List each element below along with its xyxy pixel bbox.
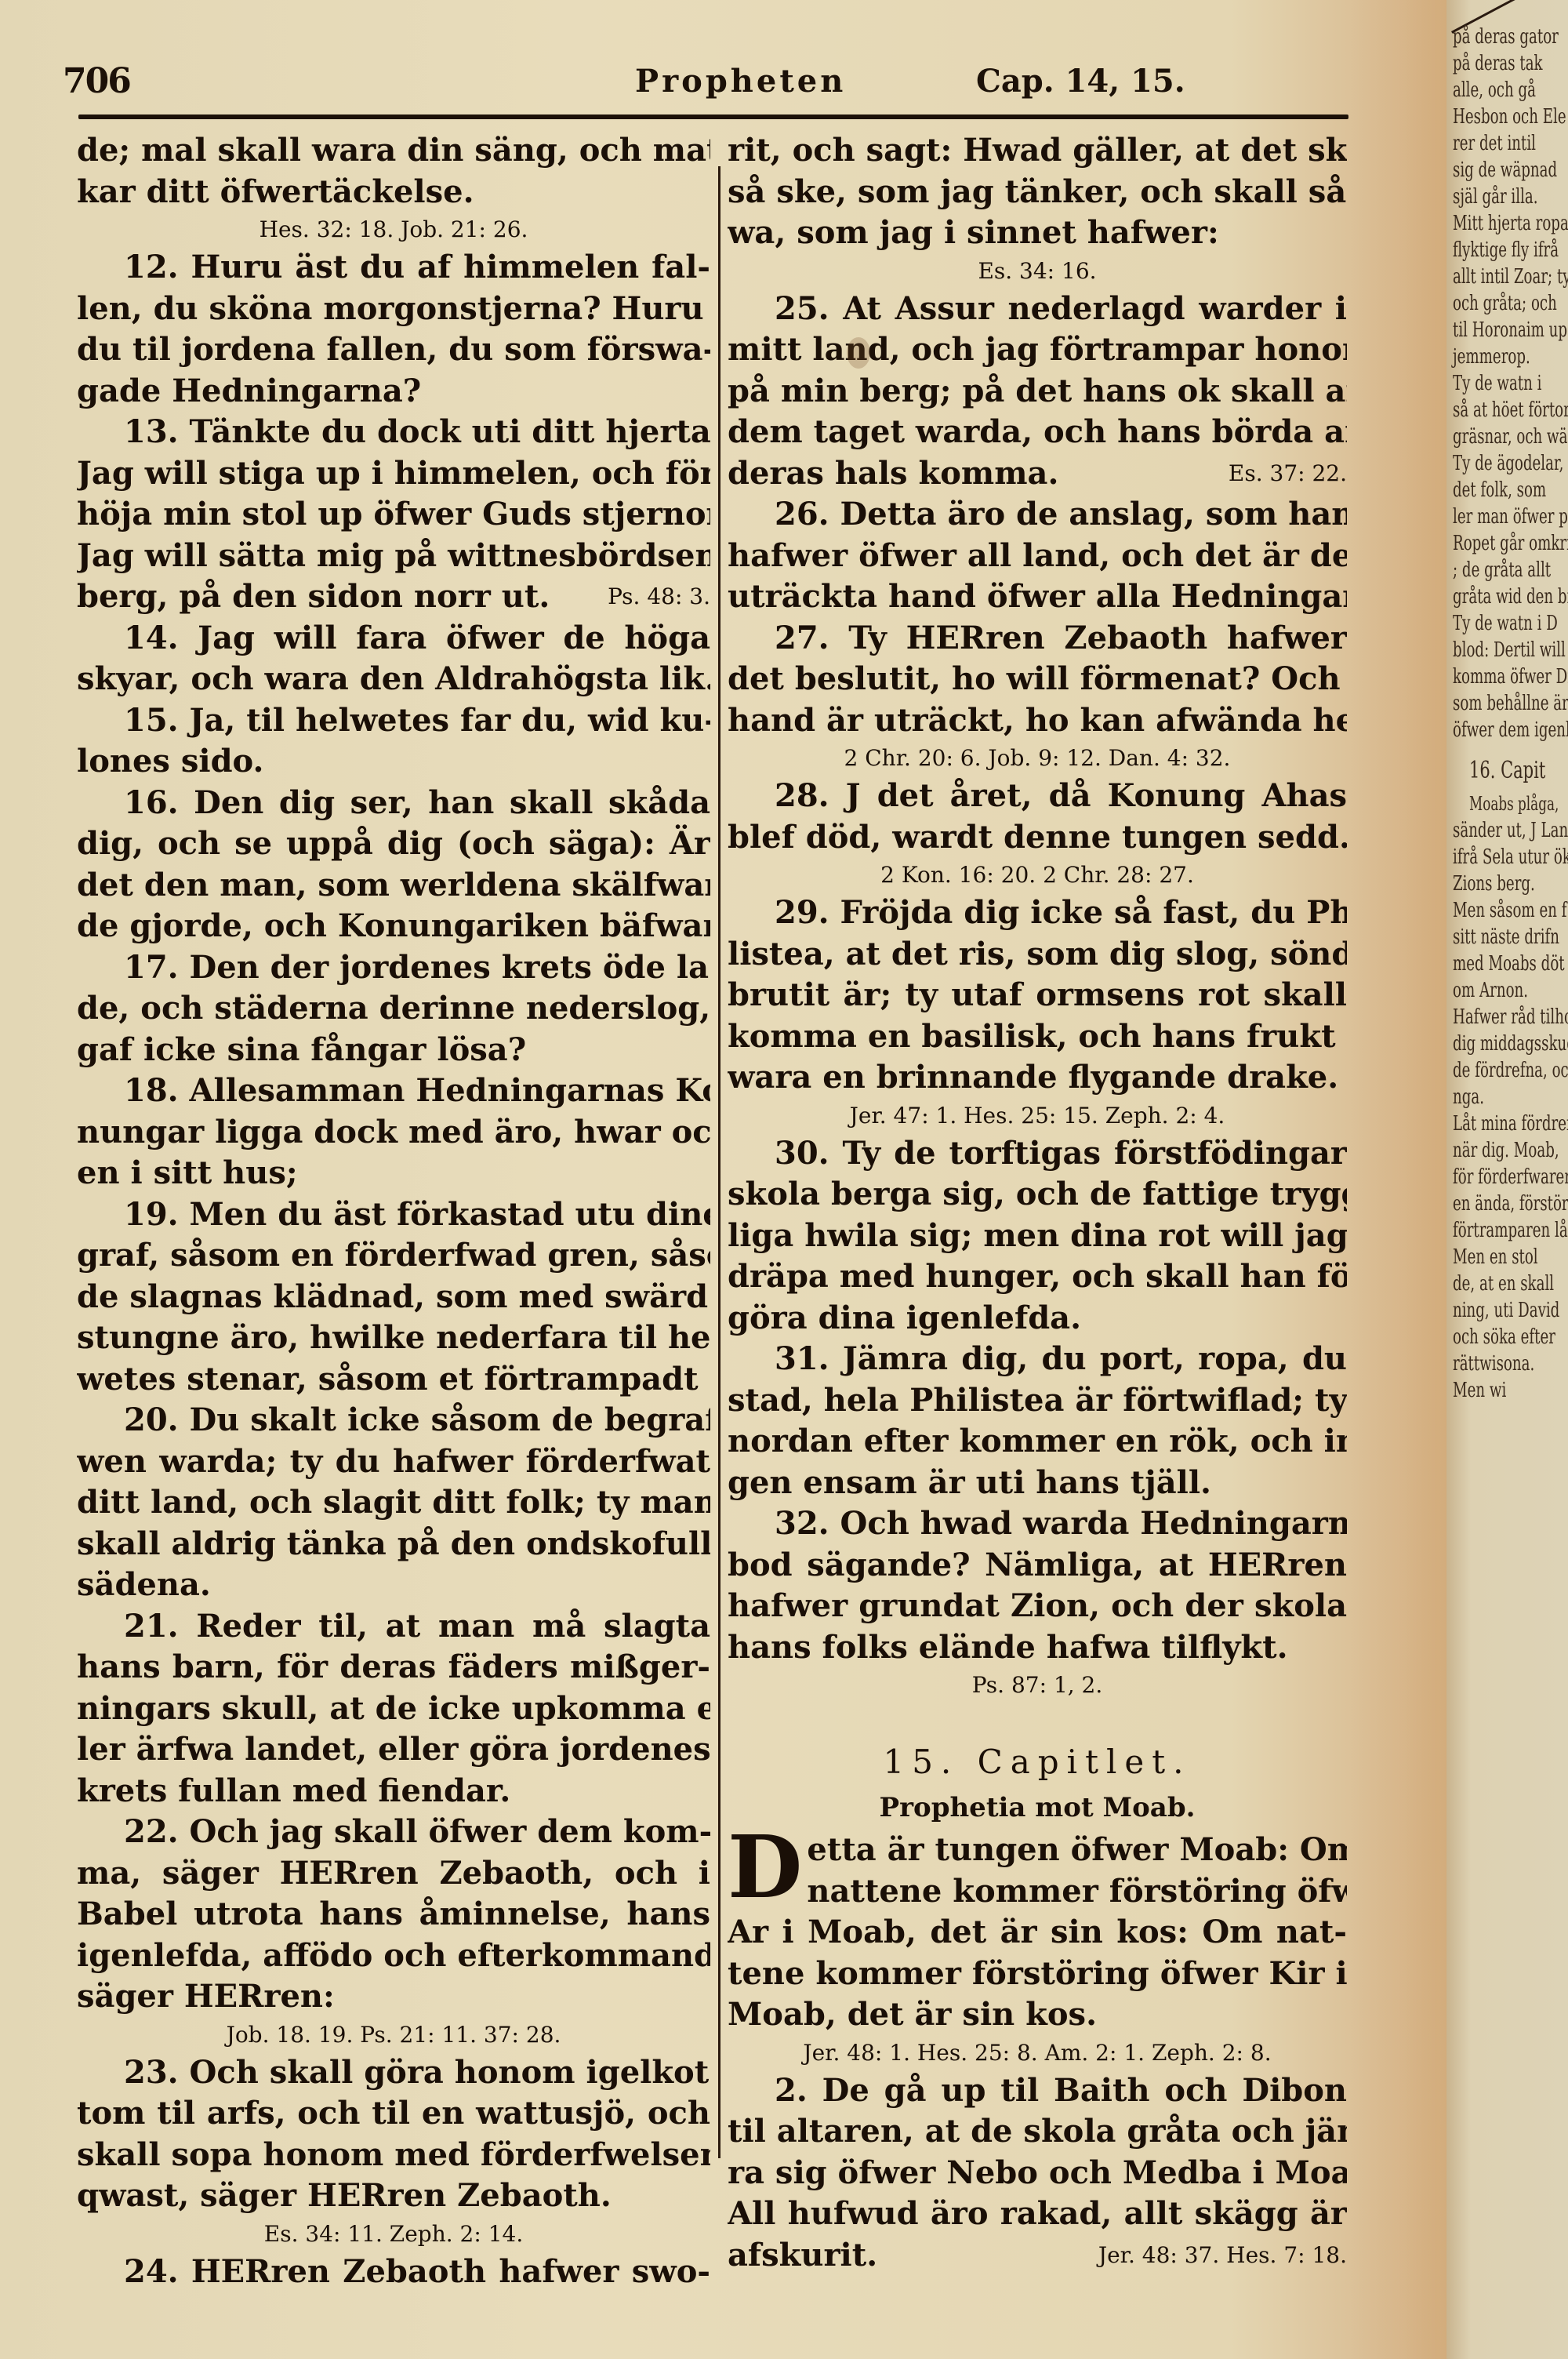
adjacent-text-line: med Moabs döt (1453, 951, 1552, 977)
adjacent-text-line: och gråta; och (1453, 290, 1552, 317)
text-line: mitt land, och jag förtrampar honom (728, 329, 1347, 371)
line-text: de gjorde, och Konungariken bäfwande: (77, 907, 710, 944)
verse-start-line: 22. Och jag skall öfwer dem kom- (77, 1812, 710, 1853)
line-text: skola berga sig, och de fattige trygge- (728, 1176, 1347, 1212)
verse-start-line: 2. De gå up til Baith och Dibon (728, 2070, 1347, 2112)
line-text: 27. Ty HERren Zebaoth hafwer (775, 620, 1347, 656)
line-text: ra sig öfwer Nebo och Medba i Moab: (728, 2154, 1347, 2191)
line-text: mitt land, och jag förtrampar honom (728, 331, 1347, 368)
text-line: graf, såsom en förderfwad gren, såsom (77, 1235, 710, 1277)
line-text: hand är uträckt, ho kan afwända henne? (728, 702, 1347, 739)
adjacent-text-line: förtramparen låt (1453, 1217, 1552, 1244)
line-text: blef död, wardt denne tungen sedd. (728, 819, 1347, 856)
adjacent-text-line: Men såsom en f (1453, 897, 1552, 924)
line-text: stad, hela Philistea är förtwiflad; ty (728, 1382, 1347, 1419)
line-text: Jer. 47: 1. Hes. 25: 15. Zeph. 2: 4. (850, 1103, 1225, 1129)
text-line: uträckta hand öfwer alla Hedningar. (728, 576, 1347, 618)
line-text: så ske, som jag tänker, och skall så bli… (728, 173, 1347, 210)
line-text: nordan efter kommer en rök, och in- (728, 1423, 1347, 1459)
text-line: dem taget warda, och hans börda af (728, 412, 1347, 453)
line-text: hans folks elände hafwa tilflykt. (728, 1629, 1288, 1666)
line-text: berg, på den sidon norr ut. (77, 578, 550, 615)
verse-start-line: 21. Reder til, at man må slagta (77, 1606, 710, 1648)
text-line: komma en basilisk, och hans frukt skall (728, 1016, 1347, 1058)
line-text: gade Hedningarna? (77, 373, 421, 409)
line-text: deras hals komma. (728, 455, 1058, 492)
cross-reference: Es. 34: 16. (728, 254, 1347, 289)
verse-start-line: 26. Detta äro de anslag, som han (728, 494, 1347, 536)
text-line: rit, och sagt: Hwad gäller, at det skall (728, 130, 1347, 172)
adjacent-text-line: ; de gråta allt (1453, 557, 1552, 583)
line-text: gaf icke sina fångar lösa? (77, 1031, 526, 1068)
line-text: Es. 34: 11. Zeph. 2: 14. (264, 2221, 523, 2247)
line-text: 28. J det året, då Konung Ahas (775, 777, 1347, 814)
text-line: de slagnas klädnad, som med swärd ihjäl- (77, 1277, 710, 1318)
cross-reference: Ps. 48: 3. (608, 576, 710, 618)
adjacent-text-line: när dig. Moab, (1453, 1137, 1552, 1164)
cross-reference: Jer. 48: 1. Hes. 25: 8. Am. 2: 1. Zeph. … (728, 2036, 1347, 2070)
cross-reference: Jer. 48: 37. Hes. 7: 18. (1098, 2235, 1347, 2277)
verse-start-line: 14. Jag will fara öfwer de höga (77, 618, 710, 660)
text-line: til altaren, at de skola gråta och jäm- (728, 2111, 1347, 2153)
verse-start-line: 32. Och hwad warda Hedningarnas (728, 1503, 1347, 1545)
page-edge-stain (1348, 0, 1446, 2359)
adjacent-text-line: nga. (1453, 1084, 1552, 1110)
line-text: 2. De gå up til Baith och Dibon (775, 2072, 1347, 2109)
line-text: Ps. 87: 1, 2. (972, 1672, 1103, 1698)
text-line: igenlefda, affödo och efterkommande, (77, 1936, 710, 1977)
adjacent-text-line: til Horonaim up (1453, 317, 1552, 343)
line-text: ma, säger HERren Zebaoth, och i (77, 1855, 710, 1892)
verse-start-line: 20. Du skalt icke såsom de begraf- (77, 1400, 710, 1441)
text-line: etta är tungen öfwer Moab: Om (807, 1830, 1347, 1871)
adjacent-text-line: dig middagsskuggan (1453, 1030, 1552, 1057)
text-line: säger HERren: (77, 1976, 710, 2018)
text-line: du til jordena fallen, du som förswa- (77, 329, 710, 371)
adjacent-text-line: en ända, förstöra (1453, 1190, 1552, 1217)
line-text: hafwer grundat Zion, och der skola (728, 1587, 1347, 1624)
text-line: tom til arfs, och til en wattusjö, och (77, 2093, 710, 2135)
line-text: 23. Och skall göra honom igelkot- (124, 2054, 710, 2091)
verse-start-line: 25. At Assur nederlagd warder i (728, 289, 1347, 330)
line-text: 13. Tänkte du dock uti ditt hjerta: (124, 413, 710, 450)
line-text: 24. HERren Zebaoth hafwer swo- (124, 2253, 710, 2290)
text-line: hafwer grundat Zion, och der skola (728, 1586, 1347, 1627)
line-text: 32. Och hwad warda Hedningarnas (775, 1505, 1347, 1542)
line-text: skyar, och wara den Aldrahögsta lik. (77, 660, 710, 697)
verse-start-line: 29. Fröjda dig icke så fast, du Phi- (728, 892, 1347, 934)
text-line: hafwer öfwer all land, och det är den (728, 536, 1347, 577)
text-line: sädena. (77, 1565, 710, 1606)
text-line: skola berga sig, och de fattige trygge- (728, 1174, 1347, 1216)
line-text: 31. Jämra dig, du port, ropa, du (775, 1340, 1347, 1377)
text-line: Jag will sätta mig på wittnesbördsens (77, 536, 710, 577)
text-line: så ske, som jag tänker, och skall så bli… (728, 172, 1347, 213)
text-line: kar ditt öfwertäckelse. (77, 172, 710, 213)
adjacent-text-line: sig de wäpnad (1453, 157, 1552, 184)
line-text: tom til arfs, och til en wattusjö, och (77, 2095, 710, 2132)
line-text: kar ditt öfwertäckelse. (77, 173, 474, 210)
running-head: 706 Propheten Cap. 14, 15. (63, 61, 1348, 108)
adjacent-text-line: de fördrefna, oc (1453, 1057, 1552, 1084)
line-text: qwast, säger HERren Zebaoth. (77, 2177, 612, 2214)
line-text: ditt land, och slagit ditt folk; ty man (77, 1484, 710, 1521)
column-divider (718, 166, 720, 2158)
line-text: säger HERren: (77, 1978, 335, 2015)
text-line: gaf icke sina fångar lösa? (77, 1030, 710, 1071)
line-text: tene kommer förstöring öfwer Kir i (728, 1955, 1347, 1992)
line-text: 29. Fröjda dig icke så fast, du Phi- (775, 894, 1347, 931)
adjacent-text-line: Hesbon och Ele (1453, 104, 1552, 130)
cross-reference: Es. 34: 11. Zeph. 2: 14. (77, 2217, 710, 2252)
line-text: det beslutit, ho will förmenat? Och hans (728, 660, 1347, 697)
line-text: 18. Allesamman Hedningarnas Ko- (124, 1072, 710, 1109)
text-line: bod sägande? Nämliga, at HERren (728, 1545, 1347, 1587)
adjacent-text-line: komma öfwer Din (1453, 663, 1552, 690)
verse-start-line: 24. HERren Zebaoth hafwer swo- (77, 2252, 710, 2293)
line-text: 25. At Assur nederlagd warder i (775, 290, 1347, 327)
text-line: de gjorde, och Konungariken bäfwande: (77, 906, 710, 947)
line-text: hafwer öfwer all land, och det är den (728, 537, 1347, 574)
text-line: wara en brinnande flygande drake. (728, 1057, 1347, 1099)
verse-start-line: 19. Men du äst förkastad utu dine (77, 1194, 710, 1236)
verse-start-line: 23. Och skall göra honom igelkot- (77, 2052, 710, 2094)
adjacent-text-line: själ går illa. (1453, 184, 1552, 210)
text-line: skall aldrig tänka på den ondskofulla (77, 1524, 710, 1565)
line-text: 20. Du skalt icke såsom de begraf- (124, 1401, 710, 1438)
text-line: skall sopa honom med förderfwelsens (77, 2135, 710, 2176)
text-line: höja min stol up öfwer Guds stjernor: (77, 494, 710, 536)
line-text: listea, at det ris, som dig slog, sönder… (728, 936, 1347, 972)
line-text: 30. Ty de torftigas förstfödingar (775, 1135, 1347, 1172)
text-line: stad, hela Philistea är förtwiflad; ty (728, 1380, 1347, 1422)
line-text: til altaren, at de skola gråta och jäm- (728, 2113, 1347, 2150)
verse-start-line: 15. Ja, til helwetes far du, wid ku- (77, 700, 710, 742)
text-line: listea, at det ris, som dig slog, sönder… (728, 934, 1347, 976)
line-text: på min berg; på det hans ok skall af (728, 373, 1347, 409)
adjacent-text-line: Låt mina fördref (1453, 1110, 1552, 1137)
line-text: rit, och sagt: Hwad gäller, at det skall (728, 132, 1347, 169)
cross-reference: Ps. 87: 1, 2. (728, 1668, 1347, 1703)
line-text: dräpa med hunger, och skall han för- (728, 1258, 1347, 1295)
adjacent-text-line: Zions berg. (1453, 871, 1552, 897)
adjacent-text-line: om Arnon. (1453, 977, 1552, 1004)
line-text: komma en basilisk, och hans frukt skall (728, 1018, 1347, 1055)
adjacent-text-line: gråta wid den brun (1453, 583, 1552, 610)
page-number: 706 (63, 61, 130, 101)
chapter-heading: 15. Capitlet. (728, 1739, 1347, 1786)
line-text: 2 Chr. 20: 6. Job. 9: 12. Dan. 4: 32. (844, 745, 1231, 771)
text-line: lones sido. (77, 741, 710, 783)
adjacent-text-line: öfwer dem igenlefda (1453, 717, 1552, 743)
text-line: det beslutit, ho will förmenat? Och hans (728, 659, 1347, 700)
adjacent-text-line: rer det intil (1453, 130, 1552, 157)
adjacent-text-line: rättwisona. (1453, 1350, 1552, 1377)
adjacent-text-line: Hafwer råd tilhop (1453, 1004, 1552, 1030)
line-text: All hufwud äro rakad, allt skägg är (728, 2195, 1347, 2232)
verse-start-line: 12. Huru äst du af himmelen fal- (77, 247, 710, 289)
adjacent-text-line: ning, uti David (1453, 1297, 1552, 1324)
text-line: göra dina igenlefda. (728, 1298, 1347, 1339)
line-text: ningars skull, at de icke upkomma el- (77, 1690, 710, 1727)
line-text: len, du sköna morgonstjerna? Huru äst (77, 290, 710, 327)
adjacent-text-line: sänder ut, J Land (1453, 817, 1552, 844)
text-line: gen ensam är uti hans tjäll. (728, 1463, 1347, 1504)
text-line: på min berg; på det hans ok skall af (728, 371, 1347, 413)
text-line: blef död, wardt denne tungen sedd. (728, 817, 1347, 859)
line-text: gen ensam är uti hans tjäll. (728, 1464, 1211, 1501)
line-text: nungar ligga dock med äro, hwar och (77, 1114, 710, 1150)
cross-reference: 2 Kon. 16: 20. 2 Chr. 28: 27. (728, 858, 1347, 892)
chapter-opening: Detta är tungen öfwer Moab: Omnattene ko… (728, 1830, 1347, 1912)
verse-start-line: 13. Tänkte du dock uti ditt hjerta: (77, 412, 710, 453)
drop-cap: D (728, 1831, 802, 1910)
verse-start-line: 31. Jämra dig, du port, ropa, du (728, 1339, 1347, 1380)
line-text: 16. Den dig ser, han skall skåda (124, 784, 710, 821)
line-text: 17. Den der jordenes krets öde la- (124, 949, 710, 986)
line-text: 22. Och jag skall öfwer dem kom- (124, 1813, 710, 1850)
line-text: höja min stol up öfwer Guds stjernor: (77, 496, 710, 533)
line-text: wara en brinnande flygande drake. (728, 1059, 1338, 1096)
left-column: de; mal skall wara din säng, och mat-kar… (77, 130, 710, 2292)
line-text: wen warda; ty du hafwer förderfwat (77, 1443, 710, 1480)
adjacent-text-line: de, at en skall (1453, 1270, 1552, 1297)
verse-start-line: 27. Ty HERren Zebaoth hafwer (728, 618, 1347, 660)
cross-reference: Jer. 47: 1. Hes. 25: 15. Zeph. 2: 4. (728, 1099, 1347, 1133)
adjacent-text-line: Ty de ägodelar, (1453, 450, 1552, 477)
line-text: krets fullan med fiendar. (77, 1772, 510, 1809)
line-text: Moab, det är sin kos. (728, 1996, 1097, 2033)
adjacent-text-line: sitt näste drifn (1453, 924, 1552, 951)
text-line: Babel utrota hans åminnelse, hans (77, 1894, 710, 1936)
line-text: 2 Kon. 16: 20. 2 Chr. 28: 27. (880, 862, 1194, 888)
line-text: sädena. (77, 1566, 211, 1603)
text-line: ra sig öfwer Nebo och Medba i Moab: (728, 2153, 1347, 2194)
line-text: 21. Reder til, at man må slagta (124, 1608, 710, 1645)
adjacent-text-line: gräsnar, och wärer (1453, 423, 1552, 450)
cross-reference: Job. 18. 19. Ps. 21: 11. 37: 28. (77, 2018, 710, 2052)
text-line: ler ärfwa landet, eller göra jordenes (77, 1729, 710, 1771)
line-text: afskurit. (728, 2237, 877, 2274)
line-text: bod sägande? Nämliga, at HERren (728, 1547, 1347, 1583)
text-line: Moab, det är sin kos. (728, 1994, 1347, 2036)
line-text: dig, och se uppå dig (och säga): Är (77, 825, 710, 862)
line-text: Jer. 48: 1. Hes. 25: 8. Am. 2: 1. Zeph. … (803, 2040, 1271, 2066)
line-text: Hes. 32: 18. Job. 21: 26. (260, 216, 528, 242)
cross-reference: 2 Chr. 20: 6. Job. 9: 12. Dan. 4: 32. (728, 741, 1347, 776)
line-text: wa, som jag i sinnet hafwer: (728, 214, 1219, 251)
line-text: du til jordena fallen, du som förswa- (77, 331, 710, 368)
adjacent-text-line: Mitt hjerta ropar (1453, 210, 1552, 237)
adjacent-text-line: som behållne äro i (1453, 690, 1552, 717)
adjacent-chapter-summary: Moabs plåga, (1453, 791, 1552, 817)
text-line: deras hals komma.Es. 37: 22. (728, 453, 1347, 495)
text-line: gade Hedningarna? (77, 371, 710, 413)
line-text: brutit är; ty utaf ormsens rot skall (728, 976, 1347, 1013)
line-text: de, och städerna derinne nederslog, och (77, 990, 710, 1027)
line-text: 19. Men du äst förkastad utu dine (124, 1196, 710, 1233)
line-text: dem taget warda, och hans börda af (728, 413, 1347, 450)
line-text: Job. 18. 19. Ps. 21: 11. 37: 28. (227, 2022, 561, 2048)
text-line: Ar i Moab, det är sin kos: Om nat- (728, 1912, 1347, 1954)
line-text: 26. Detta äro de anslag, som han (775, 496, 1347, 533)
text-line: wa, som jag i sinnet hafwer: (728, 213, 1347, 254)
adjacent-text-line: så at höet förtork (1453, 397, 1552, 423)
adjacent-text-line: blod: Dertil will (1453, 637, 1552, 663)
line-text: Jag will stiga up i himmelen, och för- (77, 455, 710, 492)
line-text: 15. Ja, til helwetes far du, wid ku- (124, 702, 710, 739)
text-line: nattene kommer förstöring öfwer (807, 1871, 1347, 1913)
verse-start-line: 30. Ty de torftigas förstfödingar (728, 1133, 1347, 1175)
line-text: skall sopa honom med förderfwelsens (77, 2136, 710, 2173)
text-line: brutit är; ty utaf ormsens rot skall (728, 975, 1347, 1016)
text-line: krets fullan med fiendar. (77, 1771, 710, 1812)
text-line: ningars skull, at de icke upkomma el- (77, 1688, 710, 1730)
adjacent-page-text: på deras gatorpå deras takalle, och gåHe… (1453, 24, 1568, 1404)
smudge (847, 337, 870, 369)
line-text: ler ärfwa landet, eller göra jordenes (77, 1731, 710, 1768)
text-line: Jag will stiga up i himmelen, och för- (77, 453, 710, 495)
text-line: en i sitt hus; (77, 1153, 710, 1194)
adjacent-chapter-heading: 16. Capit (1453, 758, 1552, 784)
adjacent-text-line: alle, och gå (1453, 77, 1552, 104)
text-line: de; mal skall wara din säng, och mat- (77, 130, 710, 172)
header-rule (78, 114, 1348, 119)
line-text: graf, såsom en förderfwad gren, såsom (77, 1237, 710, 1274)
line-text: Jag will sätta mig på wittnesbördsens (77, 537, 710, 574)
text-line: len, du sköna morgonstjerna? Huru äst (77, 289, 710, 330)
adjacent-text-line: allt intil Zoar; ty (1453, 264, 1552, 290)
line-text: de slagnas klädnad, som med swärd ihjäl- (77, 1278, 710, 1315)
adjacent-text-line: Ty de watn i (1453, 370, 1552, 397)
line-text: de; mal skall wara din säng, och mat- (77, 132, 710, 169)
text-line: dräpa med hunger, och skall han för- (728, 1256, 1347, 1298)
text-line: hans folks elände hafwa tilflykt. (728, 1627, 1347, 1669)
text-line: afskurit.Jer. 48: 37. Hes. 7: 18. (728, 2235, 1347, 2277)
cross-reference: Es. 37: 22. (1229, 453, 1347, 495)
text-line: det den man, som werldena skälfwan- (77, 865, 710, 907)
cross-reference: Hes. 32: 18. Job. 21: 26. (77, 213, 710, 247)
text-line: de, och städerna derinne nederslog, och (77, 988, 710, 1030)
text-line: hand är uträckt, ho kan afwända henne? (728, 700, 1347, 742)
adjacent-text-line: flyktige fly ifrå (1453, 237, 1552, 264)
text-line: wetes stenar, såsom et förtrampadt as. (77, 1359, 710, 1401)
book-page: 706 Propheten Cap. 14, 15. de; mal skall… (0, 0, 1446, 2359)
text-line: berg, på den sidon norr ut.Ps. 48: 3. (77, 576, 710, 618)
verse-start-line: 28. J det året, då Konung Ahas (728, 776, 1347, 817)
line-text: Ar i Moab, det är sin kos: Om nat- (728, 1914, 1347, 1950)
line-text: skall aldrig tänka på den ondskofulla (77, 1525, 710, 1562)
line-text: stungne äro, hwilke nederfara til hel- (77, 1319, 710, 1356)
line-text: 14. Jag will fara öfwer de höga (124, 620, 710, 656)
line-text: wetes stenar, såsom et förtrampadt as. (77, 1361, 710, 1398)
text-line: skyar, och wara den Aldrahögsta lik. (77, 659, 710, 700)
text-line: wen warda; ty du hafwer förderfwat (77, 1441, 710, 1483)
adjacent-text-line: ler man öfwer p (1453, 503, 1552, 530)
adjacent-text-line: ifrå Sela utur öken (1453, 844, 1552, 871)
text-line: All hufwud äro rakad, allt skägg är (728, 2194, 1347, 2235)
text-line: stungne äro, hwilke nederfara til hel- (77, 1318, 710, 1359)
adjacent-text-line: och söka efter (1453, 1324, 1552, 1350)
adjacent-text-line: Ty de watn i D (1453, 610, 1552, 637)
line-text: 12. Huru äst du af himmelen fal- (124, 249, 710, 285)
verse-start-line: 16. Den dig ser, han skall skåda (77, 783, 710, 824)
text-line: nordan efter kommer en rök, och in- (728, 1421, 1347, 1463)
text-line: liga hwila sig; men dina rot will jag (728, 1216, 1347, 1257)
book-title: Propheten (635, 63, 846, 100)
text-line: dig, och se uppå dig (och säga): Är (77, 823, 710, 865)
chapter-reference: Cap. 14, 15. (976, 63, 1185, 100)
line-text: det den man, som werldena skälfwan- (77, 867, 710, 903)
line-text: lones sido. (77, 743, 263, 780)
line-text: en i sitt hus; (77, 1154, 298, 1191)
line-text: liga hwila sig; men dina rot will jag (728, 1217, 1347, 1254)
adjacent-text-line: för förderfwarenc (1453, 1164, 1552, 1190)
text-line: hans barn, för deras fäders mißger- (77, 1647, 710, 1688)
line-text: hans barn, för deras fäders mißger- (77, 1648, 710, 1685)
adjacent-text-line: på deras gator (1453, 24, 1552, 50)
text-line: ditt land, och slagit ditt folk; ty man (77, 1482, 710, 1524)
text-line: qwast, säger HERren Zebaoth. (77, 2175, 710, 2217)
adjacent-text-line: på deras tak (1453, 50, 1552, 77)
adjacent-text-line: Ropet går omkri (1453, 530, 1552, 557)
adjacent-text-line: jemmerop. (1453, 343, 1552, 370)
line-text: igenlefda, affödo och efterkommande, (77, 1937, 710, 1974)
adjacent-text-line: det folk, som (1453, 477, 1552, 503)
chapter-body: Ar i Moab, det är sin kos: Om nat-tene k… (728, 1912, 1347, 2276)
verse-start-line: 18. Allesamman Hedningarnas Ko- (77, 1070, 710, 1112)
line-text: Es. 34: 16. (978, 258, 1096, 284)
right-column: rit, och sagt: Hwad gäller, at det skall… (728, 130, 1347, 2276)
adjacent-text-line: Men wi (1453, 1377, 1552, 1404)
chapter-summary: Prophetia mot Moab. (728, 1786, 1347, 1830)
line-text: göra dina igenlefda. (728, 1299, 1081, 1336)
line-text: uträckta hand öfwer alla Hedningar. (728, 578, 1347, 615)
adjacent-text-line: Men en stol (1453, 1244, 1552, 1270)
adjacent-page: på deras gatorpå deras takalle, och gåHe… (1446, 0, 1568, 2359)
text-line: nungar ligga dock med äro, hwar och (77, 1112, 710, 1154)
verse-start-line: 17. Den der jordenes krets öde la- (77, 947, 710, 989)
text-line: tene kommer förstöring öfwer Kir i (728, 1954, 1347, 1995)
text-line: ma, säger HERren Zebaoth, och i (77, 1853, 710, 1895)
line-text: Babel utrota hans åminnelse, hans (77, 1896, 710, 1932)
